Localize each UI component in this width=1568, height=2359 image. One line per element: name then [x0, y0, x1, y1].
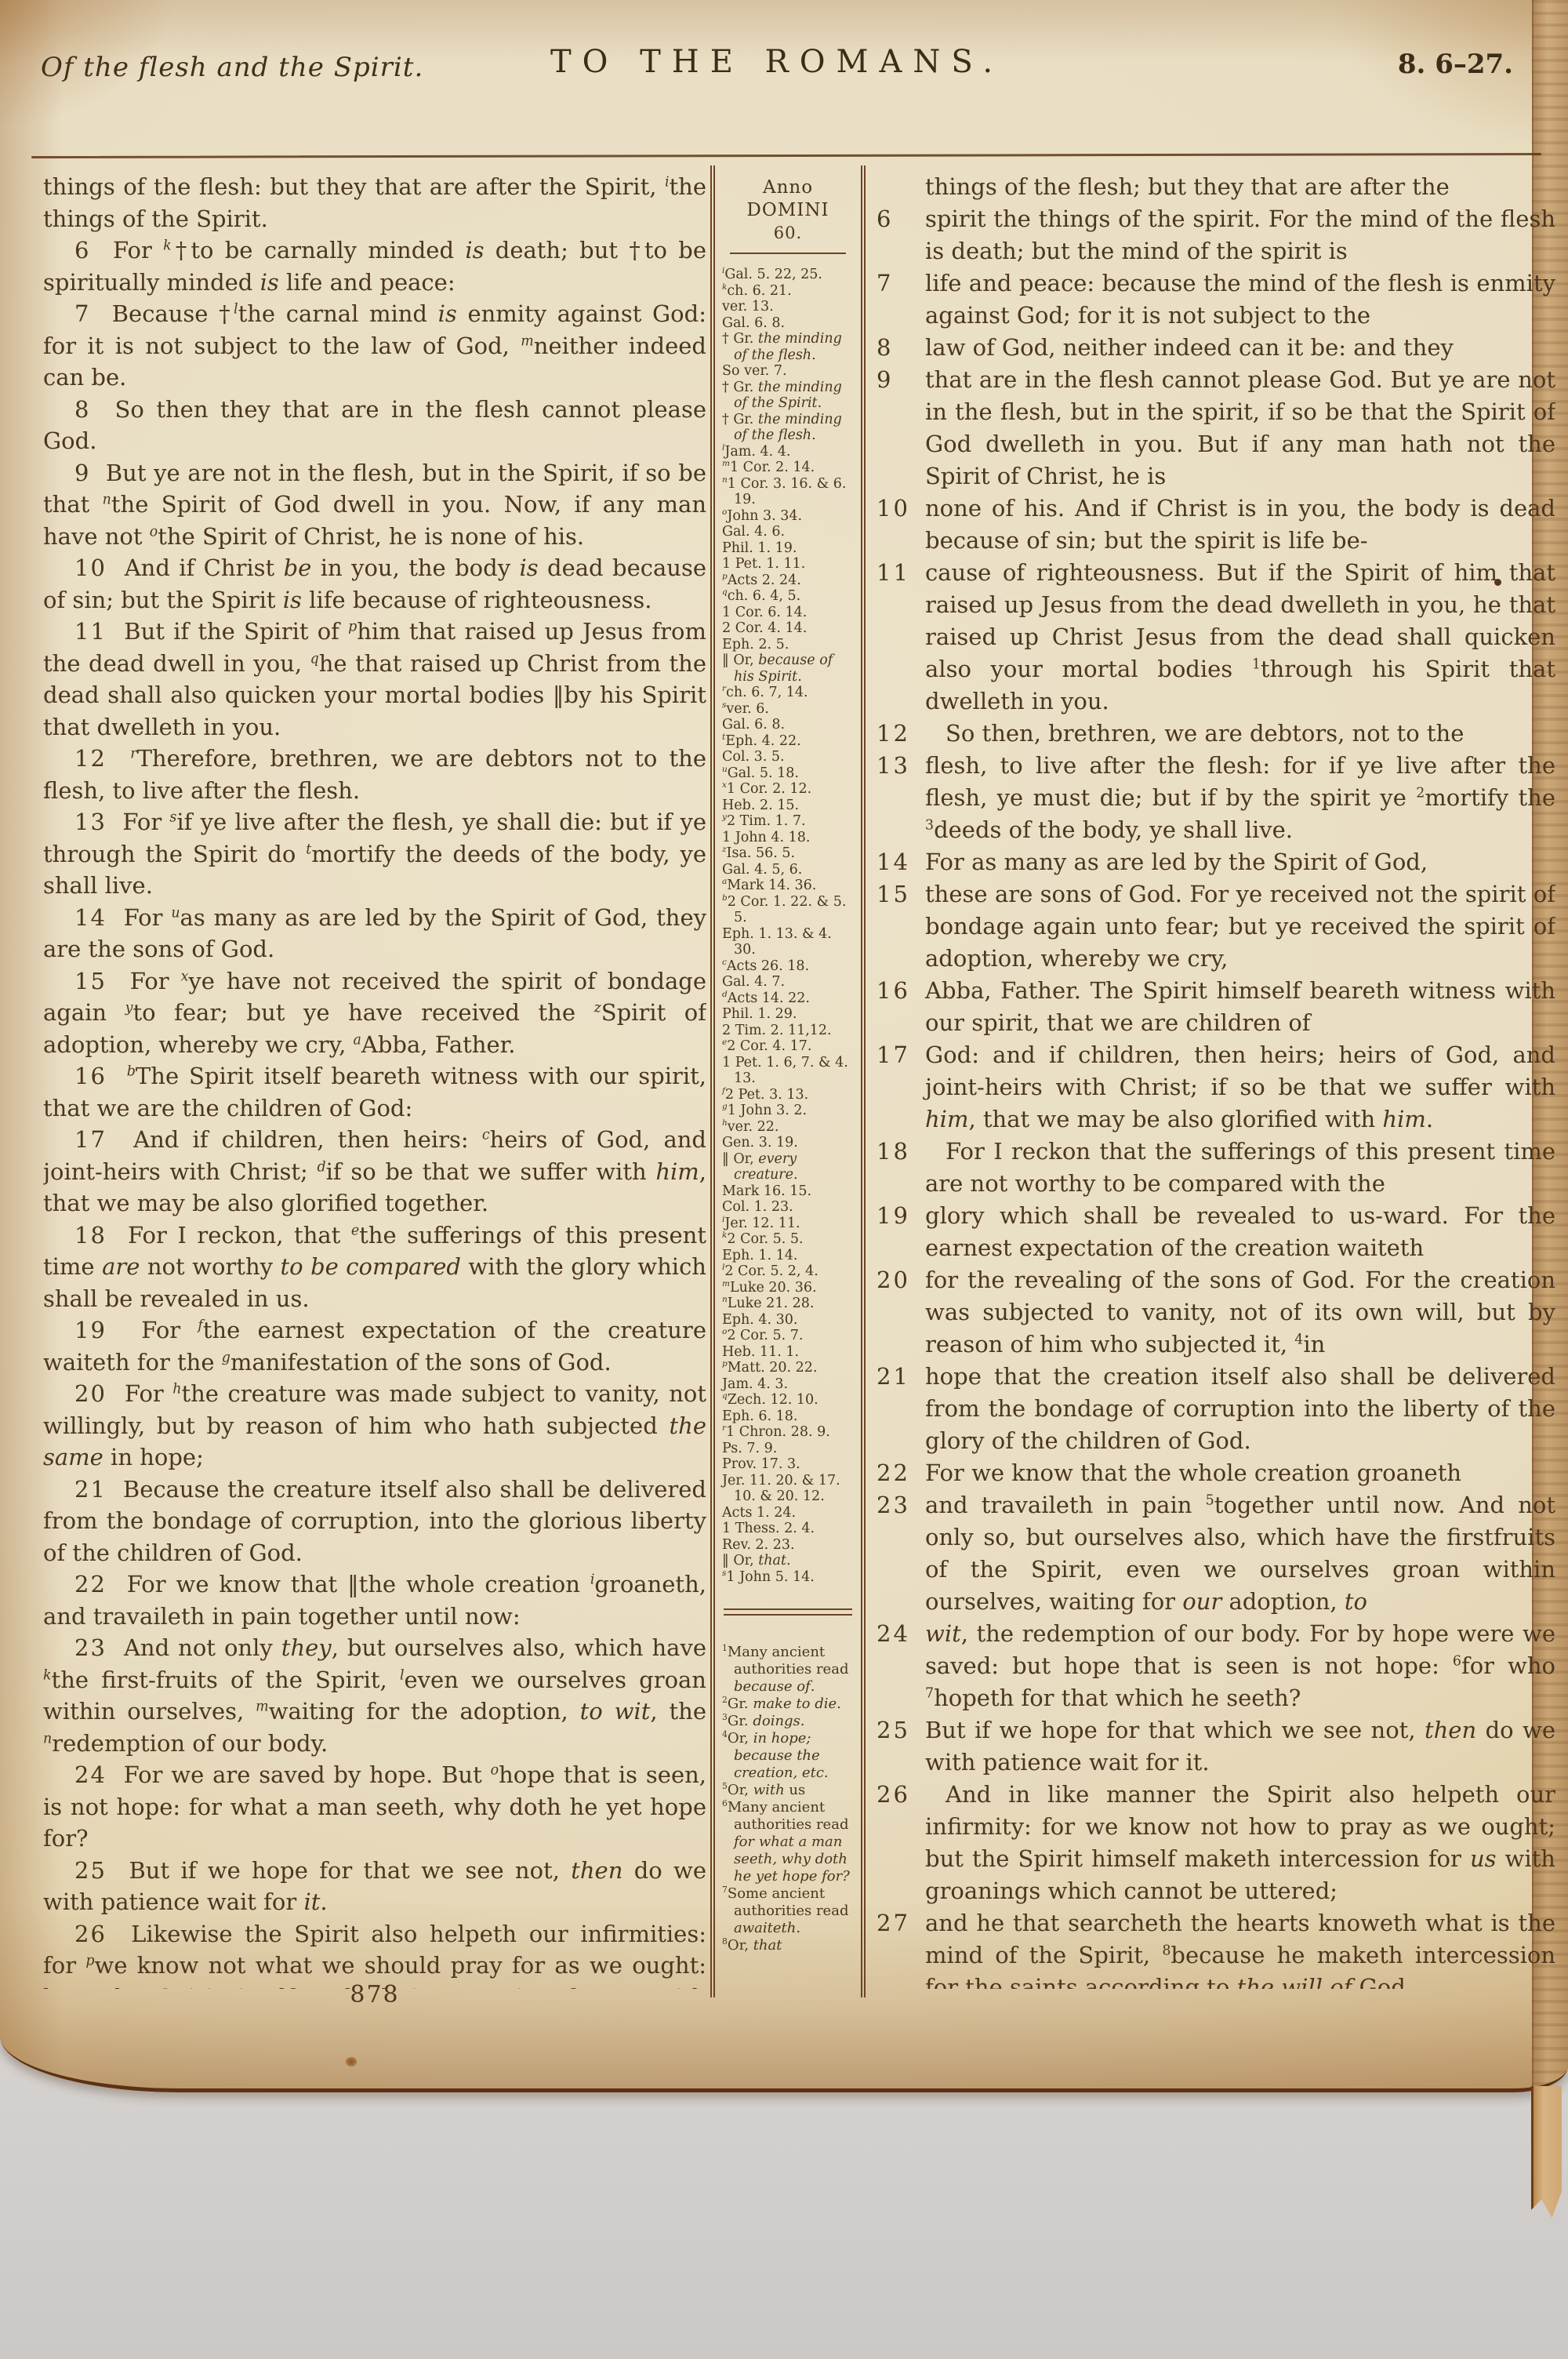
cross-reference-entry: oJohn 3. 34.	[722, 508, 854, 525]
verse-number: 16	[877, 975, 910, 1007]
rv-verse: 17God: and if children, then heirs; heir…	[877, 1039, 1555, 1136]
footnote-entry: 5Or, with us	[722, 1782, 854, 1799]
kjv-verse: 7 Because †lthe carnal mind is enmity ag…	[43, 298, 706, 394]
cross-reference-entry: Acts 1. 24.	[722, 1505, 854, 1521]
verse-number: 25	[877, 1714, 910, 1747]
kjv-verse: 16 bThe Spirit itself beareth witness wi…	[43, 1060, 706, 1124]
cross-reference-entry: mLuke 20. 36.	[722, 1280, 854, 1296]
rv-verse: 11cause of righteousness. But if the Spi…	[877, 557, 1555, 718]
verse-number: 23	[877, 1489, 910, 1521]
rv-verse: 26And in like manner the Spirit also hel…	[877, 1779, 1555, 1907]
cross-reference-entry: qch. 6. 4, 5.	[722, 588, 854, 605]
verse-number: 18	[877, 1136, 910, 1168]
kjv-verse: 14 For uas many as are led by the Spirit…	[43, 902, 706, 965]
cross-reference-entry: Phil. 1. 19.	[722, 540, 854, 557]
kjv-verse: 18 For I reckon, that ethe sufferings of…	[43, 1219, 706, 1315]
cross-reference-entry: Rev. 2. 23.	[722, 1537, 854, 1554]
kjv-verse: 11 But if the Spirit of phim that raised…	[43, 616, 706, 743]
rv-verse: 25But if we hope for that which we see n…	[877, 1714, 1555, 1779]
cross-reference-entry: l2 Cor. 5. 2, 4.	[722, 1263, 854, 1280]
kjv-verse: 25 But if we hope for that we see not, t…	[43, 1855, 706, 1918]
rv-verse: 22For we know that the whole creation gr…	[877, 1457, 1555, 1489]
cross-reference-entry: Mark 16. 15.	[722, 1183, 854, 1200]
cross-reference-entry: y2 Tim. 1. 7.	[722, 813, 854, 830]
rv-verse: things of the flesh; but they that are a…	[877, 171, 1555, 203]
cross-reference-entry: b2 Cor. 1. 22. & 5. 5.	[722, 894, 854, 926]
header-rule	[31, 153, 1541, 158]
cross-reference-entry: cActs 26. 18.	[722, 958, 854, 975]
rv-verse: 7life and peace: because the mind of the…	[877, 267, 1555, 332]
cross-reference-entry: rch. 6. 7, 14.	[722, 685, 854, 701]
verse-number: 7	[74, 300, 90, 327]
kjv-verse: 21 Because the creature itself also shal…	[43, 1474, 706, 1569]
cross-reference-entry: Prov. 17. 3.	[722, 1456, 854, 1473]
verse-number: 17	[877, 1039, 910, 1071]
cross-reference-entry: † Gr. the minding of the flesh.	[722, 412, 854, 444]
cross-reference-entry: n1 Cor. 3. 16. & 6. 19.	[722, 476, 854, 508]
cross-reference-entry: Gal. 4. 5, 6.	[722, 862, 854, 878]
kjv-verse: 17 And if children, then heirs: cheirs o…	[43, 1124, 706, 1219]
cross-reference-entry: † Gr. the minding of the Spirit.	[722, 380, 854, 412]
verse-number: 23	[74, 1634, 107, 1661]
page-edge-tail	[1531, 2086, 1562, 2218]
stain-spot	[346, 2057, 357, 2066]
cross-reference-entry: Jam. 4. 3.	[722, 1376, 854, 1393]
verse-number: 16	[74, 1063, 107, 1089]
verse-number: 11	[74, 618, 107, 645]
verse-number: 9	[877, 364, 893, 396]
rv-verse: 9that are in the flesh cannot please God…	[877, 364, 1555, 493]
verse-number: 24	[74, 1761, 107, 1788]
verse-number: 12	[74, 745, 107, 772]
rv-text-column: things of the flesh; but they that are a…	[877, 171, 1555, 1989]
cross-reference-entry: pMatt. 20. 22.	[722, 1360, 854, 1376]
verse-number: 19	[877, 1200, 910, 1232]
anno-line: Anno	[722, 176, 854, 199]
cross-reference-entry: tEph. 4. 22.	[722, 733, 854, 750]
footnote-entry: 2Gr. make to die.	[722, 1696, 854, 1713]
cross-reference-entry: 1 John 4. 18.	[722, 830, 854, 846]
rv-verse: 12So then, brethren, we are debtors, not…	[877, 718, 1555, 750]
rv-verse: 13flesh, to live after the flesh: for if…	[877, 750, 1555, 846]
verse-text: cause of righteousness. But if the Spiri…	[925, 559, 1555, 714]
anno-domini-label: Anno DOMINI 60.	[722, 176, 854, 245]
cross-reference-entry: 2 Cor. 4. 14.	[722, 620, 854, 637]
rv-verse: 19glory which shall be revealed to us-wa…	[877, 1200, 1555, 1264]
verse-text: and he that searcheth the hearts knoweth…	[925, 1910, 1555, 1989]
rv-verse: 23and travaileth in pain 5together until…	[877, 1489, 1555, 1618]
rv-footnotes: 1Many ancient authorities read because o…	[722, 1644, 854, 1954]
verse-number: 10	[877, 493, 910, 525]
verse-text: these are sons of God. For ye received n…	[925, 881, 1555, 972]
cross-reference-entry: 1 Pet. 1. 11.	[722, 556, 854, 572]
verse-text: that are in the flesh cannot please God.…	[925, 366, 1555, 489]
kjv-verse: 24 For we are saved by hope. But ohope t…	[43, 1759, 706, 1855]
kjv-verse: 19 For fthe earnest expectation of the c…	[43, 1314, 706, 1378]
cross-reference-entry: So ver. 7.	[722, 363, 854, 380]
kjv-verse: 22 For we know that ‖the whole creation …	[43, 1568, 706, 1632]
cross-reference-entry: o2 Cor. 5. 7.	[722, 1328, 854, 1344]
cross-reference-entry: Col. 3. 5.	[722, 749, 854, 765]
verse-number: 22	[877, 1457, 910, 1489]
kjv-verse: 8 So then they that are in the flesh can…	[43, 394, 706, 457]
cross-reference-entry: Eph. 1. 13. & 4. 30.	[722, 926, 854, 958]
cross-reference-entry: † Gr. the minding of the flesh.	[722, 331, 854, 363]
verse-number: 11	[877, 557, 910, 589]
kjv-verse: 26 Likewise the Spirit also helpeth our …	[43, 1918, 706, 1990]
cross-reference-entry: qZech. 12. 10.	[722, 1392, 854, 1408]
verse-number: 7	[877, 267, 893, 300]
verse-number: 6	[877, 203, 893, 235]
cross-references: iGal. 5. 22, 25.kch. 6. 21.ver. 13.Gal. …	[722, 267, 854, 1585]
page-number: 878	[43, 1981, 706, 2008]
cross-reference-entry: hver. 22.	[722, 1119, 854, 1136]
cross-reference-entry: Eph. 2. 5.	[722, 637, 854, 653]
verse-number: 21	[877, 1361, 910, 1393]
kjv-verse: 15 For xye have not received the spirit …	[43, 965, 706, 1061]
verse-number: 9	[74, 460, 90, 486]
cross-reference-entry: Heb. 11. 1.	[722, 1344, 854, 1361]
cross-reference-entry: Gal. 6. 8.	[722, 315, 854, 332]
kjv-verse: 9 But ye are not in the flesh, but in th…	[43, 457, 706, 553]
verse-text: for the revealing of the sons of God. Fo…	[925, 1267, 1555, 1358]
rv-verse: 18For I reckon that the sufferings of th…	[877, 1136, 1555, 1200]
kjv-verse: things of the flesh: but they that are a…	[43, 171, 706, 234]
kjv-verse: 20 For hthe creature was made subject to…	[43, 1378, 706, 1474]
anno-year: 60.	[722, 222, 854, 245]
verse-text: For I reckon that the sufferings of this…	[925, 1136, 1555, 1200]
cross-reference-entry: 1 Pet. 1. 6, 7. & 4. 13.	[722, 1055, 854, 1087]
cross-reference-entry: r1 Chron. 28. 9.	[722, 1424, 854, 1441]
verse-number: 25	[74, 1857, 107, 1884]
cross-reference-entry: ‖ Or, every creature.	[722, 1151, 854, 1183]
verse-number: 18	[74, 1222, 107, 1249]
ink-spot	[1494, 579, 1501, 586]
verse-text: spirit the things of the spirit. For the…	[925, 205, 1555, 264]
footnote-entry: 6Many ancient authorities read for what …	[722, 1799, 854, 1885]
cross-reference-entry: Col. 1. 23.	[722, 1199, 854, 1216]
cross-reference-entry: Eph. 6. 18.	[722, 1408, 854, 1425]
verse-text: For as many as are led by the Spirit of …	[925, 849, 1428, 875]
cross-reference-entry: Heb. 2. 15.	[722, 798, 854, 814]
reference-column: Anno DOMINI 60. iGal. 5. 22, 25.kch. 6. …	[710, 165, 866, 1997]
verse-number: 17	[74, 1126, 107, 1153]
cross-reference-entry: g1 John 3. 2.	[722, 1103, 854, 1119]
cross-reference-entry: f2 Pet. 3. 13.	[722, 1087, 854, 1103]
verse-number: 6	[74, 237, 90, 264]
verse-number: 14	[877, 846, 910, 878]
cross-reference-entry: 2 Tim. 2. 11,12.	[722, 1023, 854, 1039]
cross-reference-entry: k2 Cor. 5. 5.	[722, 1231, 854, 1248]
cross-reference-entry: x1 Cor. 2. 12.	[722, 781, 854, 798]
anno-rule	[730, 253, 846, 254]
verse-number: 12	[877, 718, 910, 750]
kjv-verse: 12 rTherefore, brethren, we are debtors …	[43, 743, 706, 806]
rv-verse: 15these are sons of God. For ye received…	[877, 878, 1555, 975]
rv-verse: 8law of God, neither indeed can it be: a…	[877, 332, 1555, 364]
cross-reference-entry: 1 Thess. 2. 4.	[722, 1521, 854, 1537]
cross-reference-entry: Gal. 6. 8.	[722, 717, 854, 733]
verse-number: 26	[877, 1779, 910, 1811]
cross-reference-entry: ver. 13.	[722, 299, 854, 315]
rv-verse: 24wit, the redemption of our body. For b…	[877, 1618, 1555, 1714]
footnote-separator-rule	[724, 1608, 852, 1616]
verse-text: glory which shall be revealed to us-ward…	[925, 1202, 1555, 1261]
cross-reference-entry: s1 John 5. 14.	[722, 1569, 854, 1586]
verse-text: hope that the creation itself also shall…	[925, 1363, 1555, 1454]
cross-reference-entry: Eph. 4. 30.	[722, 1312, 854, 1329]
verse-text: So then, brethren, we are debtors, not t…	[925, 718, 1555, 750]
verse-text: God: and if children, then heirs; heirs …	[925, 1041, 1555, 1132]
rv-verse: 14For as many as are led by the Spirit o…	[877, 846, 1555, 878]
verse-text: For we know that the whole creation groa…	[925, 1459, 1461, 1486]
verse-number: 22	[74, 1571, 107, 1598]
verse-text: Abba, Father. The Spirit himself beareth…	[925, 977, 1555, 1036]
verse-text: and travaileth in pain 5together until n…	[925, 1492, 1555, 1615]
verse-text: things of the flesh; but they that are a…	[925, 173, 1450, 200]
verse-text: life and peace: because the mind of the …	[925, 270, 1555, 329]
verse-text: And in like manner the Spirit also helpe…	[925, 1779, 1555, 1907]
kjv-verse: 23 And not only they, but ourselves also…	[43, 1632, 706, 1759]
verse-number: 8	[74, 396, 90, 423]
running-head-title: TO THE ROMANS.	[41, 44, 1513, 80]
footnote-entry: 4Or, in hope; because the creation, etc.	[722, 1730, 854, 1782]
cross-reference-entry: Eph. 1. 14.	[722, 1248, 854, 1264]
cross-reference-entry: aMark 14. 36.	[722, 878, 854, 894]
verse-number: 26	[74, 1921, 107, 1947]
verse-number: 14	[74, 904, 107, 931]
anno-line: DOMINI	[722, 199, 854, 222]
verse-number: 8	[877, 332, 893, 364]
kjv-verse: 10 And if Christ be in you, the body is …	[43, 552, 706, 616]
cross-reference-entry: Jer. 11. 20. & 17. 10. & 20. 12.	[722, 1473, 854, 1505]
verse-number: 13	[74, 809, 107, 835]
cross-reference-entry: uGal. 5. 18.	[722, 765, 854, 782]
rv-verse: 10none of his. And if Christ is in you, …	[877, 493, 1555, 557]
cross-reference-entry: ‖ Or, that.	[722, 1553, 854, 1569]
cross-reference-entry: 1 Cor. 6. 14.	[722, 605, 854, 621]
rv-verse: 6spirit the things of the spirit. For th…	[877, 203, 1555, 267]
cross-reference-entry: Ps. 7. 9.	[722, 1441, 854, 1457]
verse-text: none of his. And if Christ is in you, th…	[925, 495, 1555, 554]
footnote-entry: 7Some ancient authorities read awaiteth.	[722, 1885, 854, 1937]
rv-verse: 21hope that the creation itself also sha…	[877, 1361, 1555, 1457]
cross-reference-entry: dActs 14. 22.	[722, 990, 854, 1007]
footnote-entry: 8Or, that	[722, 1937, 854, 1954]
cross-reference-entry: Gal. 4. 6.	[722, 524, 854, 540]
cross-reference-entry: Phil. 1. 29.	[722, 1006, 854, 1023]
verse-number: 13	[877, 750, 910, 782]
kjv-verse: 13 For sif ye live after the flesh, ye s…	[43, 806, 706, 902]
cross-reference-entry: iGal. 5. 22, 25.	[722, 267, 854, 283]
verse-text: wit, the redemption of our body. For by …	[925, 1620, 1555, 1711]
cross-reference-entry: iJer. 12. 11.	[722, 1216, 854, 1232]
cross-reference-entry: ‖ Or, because of his Spirit.	[722, 652, 854, 685]
cross-reference-entry: lJam. 4. 4.	[722, 444, 854, 460]
verse-number: 27	[877, 1907, 910, 1939]
kjv-verse: 6 For k†to be carnally minded is death; …	[43, 234, 706, 298]
rv-verse: 16Abba, Father. The Spirit himself beare…	[877, 975, 1555, 1039]
verse-number: 19	[74, 1317, 107, 1343]
cross-reference-entry: Gal. 4. 7.	[722, 974, 854, 990]
verse-text: law of God, neither indeed can it be: an…	[925, 334, 1454, 361]
verse-number: 24	[877, 1618, 910, 1650]
verse-number: 20	[877, 1264, 910, 1296]
running-head-verse-range: 8. 6–27.	[1398, 49, 1513, 80]
cross-reference-entry: e2 Cor. 4. 17.	[722, 1038, 854, 1055]
verse-number: 15	[877, 878, 910, 911]
footnote-entry: 3Gr. doings.	[722, 1713, 854, 1730]
rv-verse: 20for the revealing of the sons of God. …	[877, 1264, 1555, 1361]
verse-number: 15	[74, 968, 107, 994]
cross-reference-entry: pActs 2. 24.	[722, 572, 854, 589]
footnote-entry: 1Many ancient authorities read because o…	[722, 1644, 854, 1696]
cross-reference-entry: sver. 6.	[722, 701, 854, 718]
verse-number: 21	[74, 1476, 107, 1503]
cross-reference-entry: m1 Cor. 2. 14.	[722, 460, 854, 476]
running-header: Of the flesh and the Spirit. TO THE ROMA…	[41, 38, 1513, 96]
verse-number: 20	[74, 1380, 107, 1407]
book-page: Of the flesh and the Spirit. TO THE ROMA…	[0, 0, 1568, 2092]
cross-reference-entry: zIsa. 56. 5.	[722, 845, 854, 862]
rv-verse: 27and he that searcheth the hearts knowe…	[877, 1907, 1555, 1989]
cross-reference-entry: kch. 6. 21.	[722, 283, 854, 300]
cross-reference-entry: nLuke 21. 28.	[722, 1296, 854, 1312]
verse-text: flesh, to live after the flesh: for if y…	[925, 752, 1555, 843]
cross-reference-entry: Gen. 3. 19.	[722, 1135, 854, 1151]
kjv-text-column: things of the flesh: but they that are a…	[43, 171, 706, 1989]
verse-text: But if we hope for that which we see not…	[925, 1717, 1555, 1776]
verse-number: 10	[74, 554, 107, 581]
